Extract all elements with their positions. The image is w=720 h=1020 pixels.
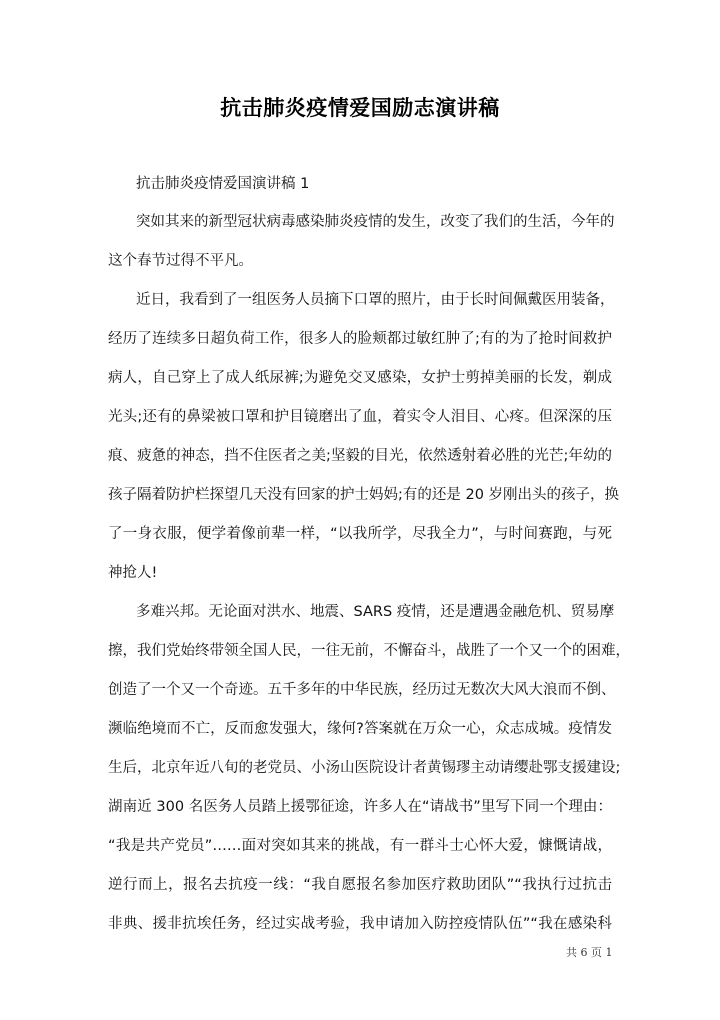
paragraph-line: 濒临绝境而不亡，反而愈发强大，缘何?答案就在万众一心，众志成城。疫情发 (108, 717, 612, 738)
paragraph-line: 这个春节过得不平凡。 (108, 249, 612, 270)
paragraph-line: 擦，我们党始终带领全国人民，一往无前，不懈奋斗，战胜了一个又一个的困难， (108, 639, 612, 660)
paragraph-line: 经历了连续多日超负荷工作，很多人的脸颊都过敏红肿了;有的为了抢时间救护 (108, 327, 612, 348)
section-heading: 抗击肺炎疫情爱国演讲稿 1 (136, 172, 309, 193)
paragraph-line: 湖南近 300 名医务人员踏上援鄂征途，许多人在“请战书”里写下同一个理由： (108, 795, 612, 816)
page-footer: 共 6 页 1 (566, 944, 613, 960)
paragraph-line: 孩子隔着防护栏探望几天没有回家的护士妈妈;有的还是 20 岁刚出头的孩子，换 (108, 483, 612, 504)
paragraph-line: “我是共产党员”……面对突如其来的挑战，有一群斗士心怀大爱，慷慨请战， (108, 834, 612, 855)
paragraph-line: 光头;还有的鼻梁被口罩和护目镜磨出了血，着实令人泪目、心疼。但深深的压 (108, 405, 612, 426)
document-title: 抗击肺炎疫情爱国励志演讲稿 (0, 92, 720, 122)
paragraph-line: 了一身衣服，便学着像前辈一样，“以我所学，尽我全力”，与时间赛跑，与死 (108, 522, 612, 543)
paragraph-line: 痕、疲惫的神态，挡不住医者之美;坚毅的目光，依然透射着必胜的光芒;年幼的 (108, 444, 612, 465)
paragraph-line: 创造了一个又一个奇迹。五千多年的中华民族，经历过无数次大风大浪而不倒、 (108, 678, 612, 699)
paragraph-line: 非典、援非抗埃任务，经过实战考验，我申请加入防控疫情队伍”“我在感染科 (108, 912, 612, 933)
document-page: 抗击肺炎疫情爱国励志演讲稿 抗击肺炎疫情爱国演讲稿 1 突如其来的新型冠状病毒感… (0, 0, 720, 1020)
paragraph-line: 多难兴邦。无论面对洪水、地震、SARS 疫情，还是遭遇金融危机、贸易摩 (136, 600, 612, 621)
paragraph-line: 逆行而上，报名去抗疫一线：“我自愿报名参加医疗救助团队”“我执行过抗击 (108, 873, 612, 894)
paragraph-line: 病人，自己穿上了成人纸尿裤;为避免交叉感染，女护士剪掉美丽的长发，剃成 (108, 366, 612, 387)
paragraph-line: 神抢人! (108, 561, 612, 582)
paragraph-line: 突如其来的新型冠状病毒感染肺炎疫情的发生，改变了我们的生活，今年的 (136, 210, 612, 231)
paragraph-line: 生后，北京年近八旬的老党员、小汤山医院设计者黄锡璆主动请缨赴鄂支援建设; (108, 756, 612, 777)
paragraph-line: 近日，我看到了一组医务人员摘下口罩的照片，由于长时间佩戴医用装备， (136, 288, 612, 309)
